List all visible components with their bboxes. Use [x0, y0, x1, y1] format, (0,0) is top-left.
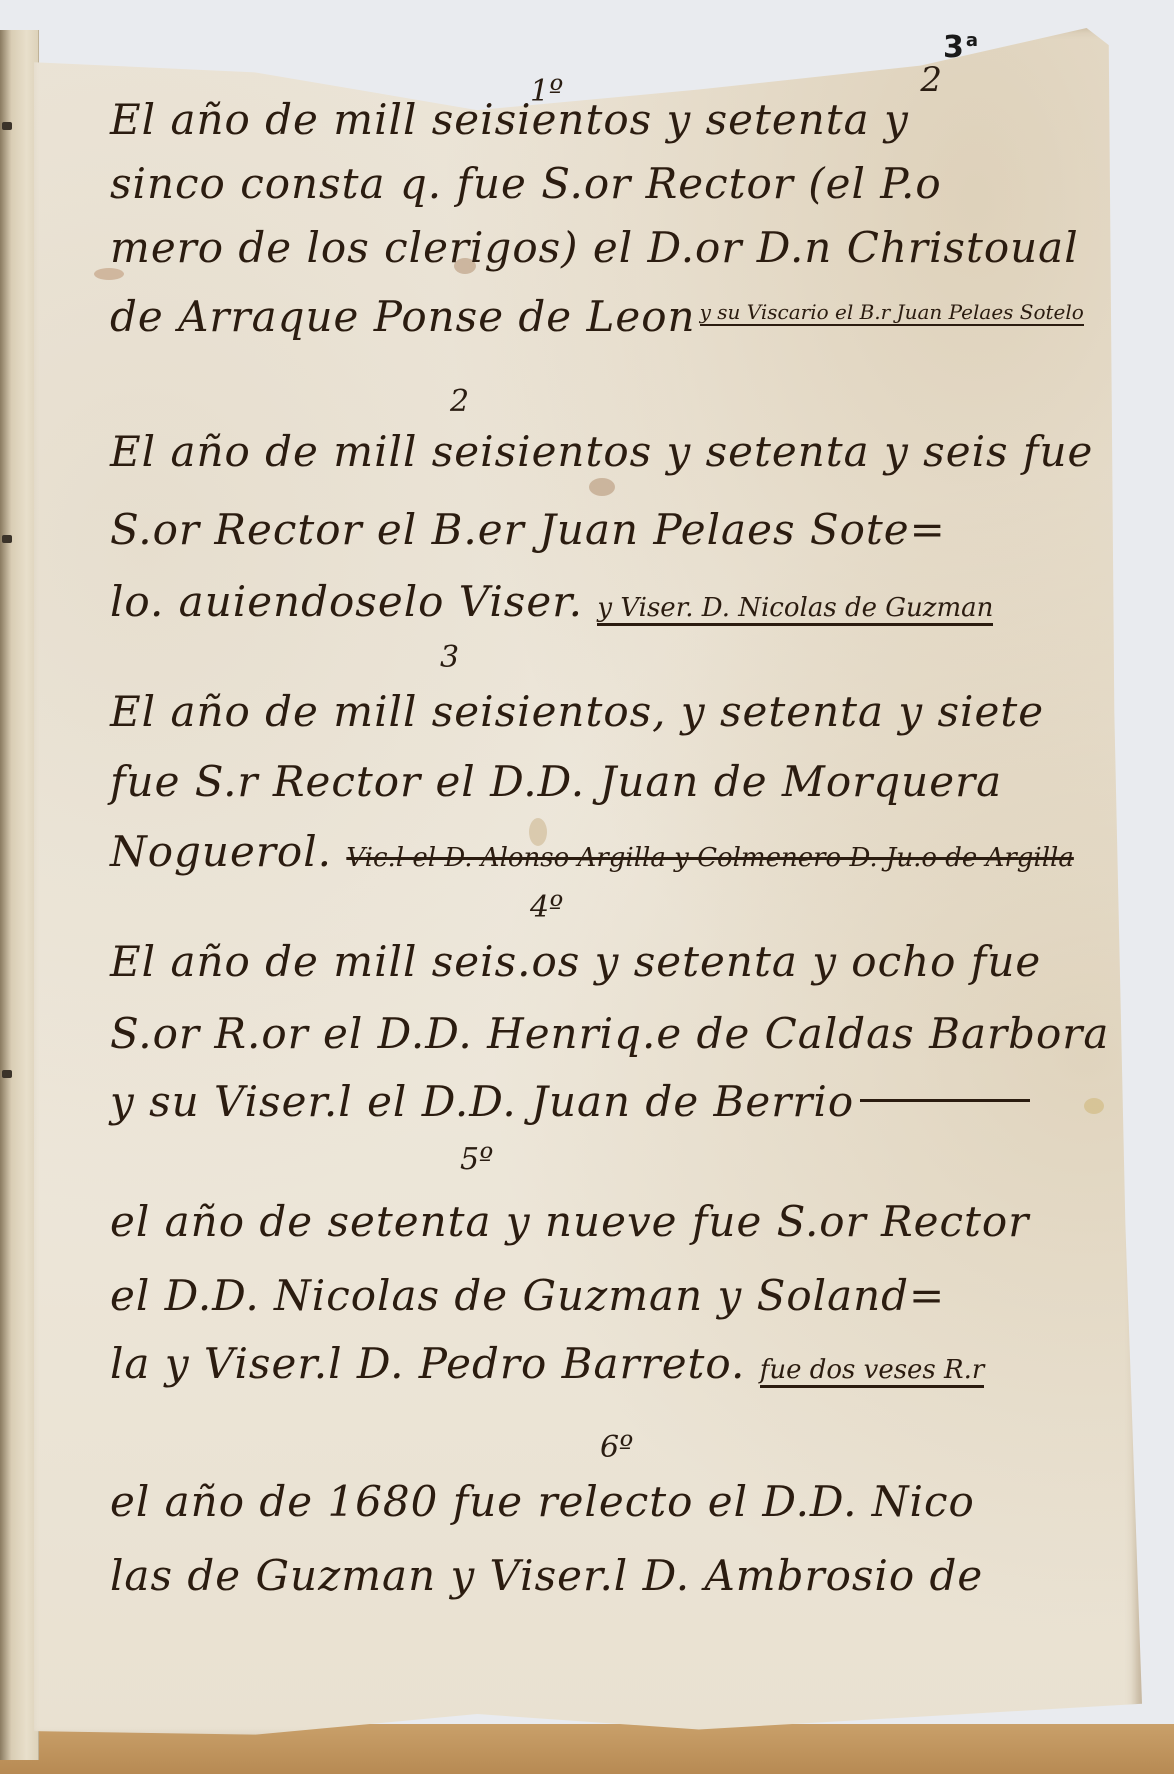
- binding-stitch: [2, 1070, 12, 1078]
- entry-line: el D.D. Nicolas de Guzman y Soland=: [110, 1264, 1030, 1328]
- folio-number-value: 3: [943, 30, 964, 65]
- entry-4: 4º El año de mill seis.os y setenta y oc…: [110, 930, 1030, 1134]
- book-binding: [0, 30, 39, 1760]
- entry-line-text: y su Viser.l el D.D. Juan de Berrio: [110, 1077, 854, 1126]
- entry-line-text: la y Viser.l D. Pedro Barreto.: [110, 1339, 745, 1388]
- entry-1: 1º El año de mill seisientos y setenta y…: [110, 88, 1030, 344]
- entry-line: fue S.r Rector el D.D. Juan de Morquera: [110, 750, 1030, 814]
- entry-line: S.or Rector el B.er Juan Pelaes Sote=: [110, 498, 1030, 562]
- interlinear-annotation: y Viser. D. Nicolas de Guzman: [597, 593, 993, 626]
- entry-5: 5º el año de setenta y nueve fue S.or Re…: [110, 1190, 1030, 1396]
- entry-line: el año de 1680 fue relecto el D.D. Nico: [110, 1470, 1030, 1534]
- folio-number: 3a: [943, 30, 978, 65]
- entry-6: 6º el año de 1680 fue relecto el D.D. Ni…: [110, 1470, 1030, 1608]
- entry-line: El año de mill seisientos y setenta y: [110, 88, 1030, 152]
- entry-2: 2 El año de mill seisientos y setenta y …: [110, 420, 1030, 634]
- line-filler-stroke: [860, 1099, 1030, 1102]
- entry-number: 4º: [530, 890, 563, 925]
- entry-line: la y Viser.l D. Pedro Barreto. fue dos v…: [110, 1332, 1030, 1396]
- folio-suffix: a: [966, 30, 978, 51]
- entry-line: El año de mill seis.os y setenta y ocho …: [110, 930, 1030, 994]
- entry-line: las de Guzman y Viser.l D. Ambrosio de: [110, 1544, 1030, 1608]
- struck-out-text: Vic.l el D. Alonso Argilla y Colmenero D…: [346, 843, 1074, 873]
- entry-3: 3 El año de mill seisientos, y setenta y…: [110, 680, 1030, 884]
- entry-line-text: lo. auiendoselo Viser.: [110, 577, 583, 626]
- entry-line: S.or R.or el D.D. Henriq.e de Caldas Bar…: [110, 1002, 1030, 1066]
- marginal-annotation: fue dos veses R.r: [760, 1355, 985, 1388]
- entry-number: 6º: [600, 1430, 633, 1465]
- entry-line: mero de los clerigos) el D.or D.n Christ…: [110, 216, 1030, 280]
- binding-stitch: [2, 535, 12, 543]
- entry-line: lo. auiendoselo Viser. y Viser. D. Nicol…: [110, 570, 1030, 634]
- entry-number: 3: [440, 640, 459, 675]
- paper-stain: [1084, 1098, 1104, 1114]
- entry-line: de Arraque Ponse de Leony su Viscario el…: [110, 280, 1030, 344]
- entry-line-text: Noguerol.: [110, 827, 332, 876]
- entry-line: el año de setenta y nueve fue S.or Recto…: [110, 1190, 1030, 1254]
- entry-number: 2: [450, 384, 469, 419]
- entry-line: sinco consta q. fue S.or Rector (el P.o: [110, 152, 1030, 216]
- entry-line: El año de mill seisientos, y setenta y s…: [110, 680, 1030, 744]
- entry-line-text: de Arraque Ponse de Leon: [110, 292, 696, 341]
- entry-line: El año de mill seisientos y setenta y se…: [110, 420, 1030, 484]
- entry-number: 5º: [460, 1142, 493, 1177]
- entry-line: Noguerol. Vic.l el D. Alonso Argilla y C…: [110, 820, 1030, 884]
- marginal-annotation: y su Viscario el B.r Juan Pelaes Sotelo: [700, 300, 1084, 326]
- entry-line: y su Viser.l el D.D. Juan de Berrio: [110, 1070, 1030, 1134]
- binding-stitch: [2, 122, 12, 130]
- entry-number: 1º: [530, 74, 563, 109]
